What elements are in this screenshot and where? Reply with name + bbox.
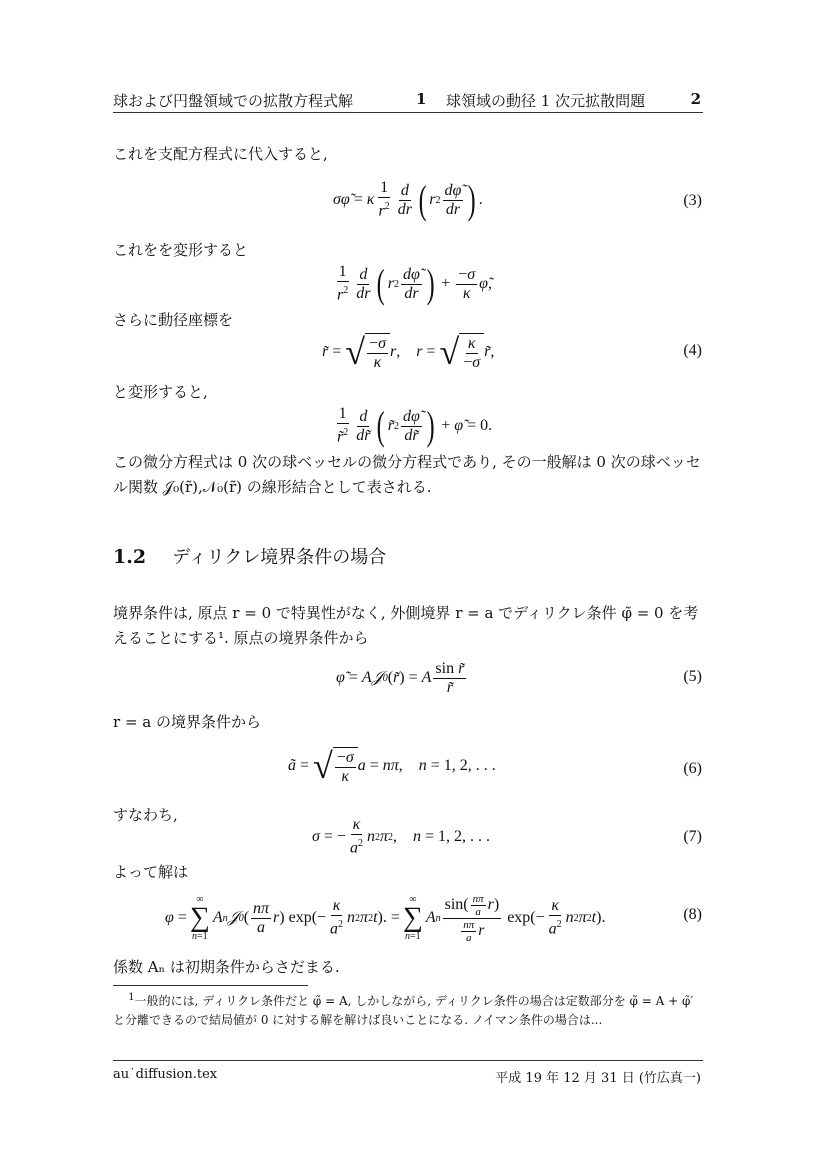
footnote-rule	[113, 985, 308, 986]
paragraph-bessel-solution: この微分方程式は 0 次の球ベッセルの微分方程式であり, その一般解は 0 次の…	[113, 450, 705, 500]
equation-6-number: (6)	[683, 760, 702, 778]
footnote-text: 一般的には, ディリクレ条件だと φ̃ = A, しかしながら, ディリクレ条件…	[113, 994, 693, 1027]
equation-4-number: (4)	[683, 342, 702, 360]
page-footer: au˙diffusion.tex 平成 19 年 12 月 31 日 (竹広真一…	[113, 1060, 703, 1085]
paragraph-substitute: これを支配方程式に代入すると,	[113, 142, 705, 167]
equation-bessel: 1r̃2 ddr̃ (r̃2 dφ̃dr̃ ) + φ̃ = 0.	[333, 398, 492, 454]
equation-8-number: (8)	[683, 906, 702, 924]
equation-3-number: (3)	[683, 192, 702, 210]
paragraph-solution: よって解は	[113, 860, 705, 885]
equation-8: φ = ∞∑n=1 An𝒥0(nπar) exp(− κa2n2π2t). = …	[165, 890, 605, 946]
equation-4: r̃ = √−σκr, r = √κ−σr̃,	[322, 326, 494, 378]
section-number: 1.2	[113, 546, 146, 568]
equation-3: σφ̃ = κ 1r2 ddr (r2 dφ̃dr ).	[333, 172, 483, 228]
paragraph-boundary-conditions: 境界条件は, 原点 r = 0 で特異性がなく, 外側境界 r = a でディリ…	[113, 601, 705, 651]
header-section-title: 球領域の動径 1 次元拡散問題	[446, 90, 645, 111]
equation-transformed: 1r2 ddr (r2 dφ̃dr ) + −σκφ̃,	[333, 256, 492, 312]
paragraph-outer-boundary: r = a の境界条件から	[113, 710, 705, 735]
footnote: 1一般的には, ディリクレ条件だと φ̃ = A, しかしながら, ディリクレ条…	[113, 988, 705, 1030]
running-header: 球および円盤領域での拡散方程式解 1 球領域の動径 1 次元拡散問題 2	[113, 88, 703, 113]
equation-7: σ = − κa2n2π2, n = 1, 2, . . .	[312, 815, 490, 859]
page-number: 2	[691, 90, 701, 108]
paragraph-coefficients: 係数 Aₙ は初期条件からさだまる.	[113, 955, 705, 980]
header-doc-title: 球および円盤領域での拡散方程式解	[113, 90, 353, 111]
equation-5-number: (5)	[683, 668, 702, 686]
footer-filename: au˙diffusion.tex	[113, 1067, 217, 1082]
equation-7-number: (7)	[683, 828, 702, 846]
footer-date-author: 平成 19 年 12 月 31 日 (竹広真一)	[495, 1067, 701, 1086]
section-title: ディリクレ境界条件の場合	[172, 547, 386, 568]
section-heading: 1.2ディリクレ境界条件の場合	[113, 543, 386, 569]
equation-5: φ̃ = A𝒥0(r̃) = A sin r̃r̃	[336, 658, 468, 698]
equation-6: ã = √−σκa = nπ, n = 1, 2, . . .	[288, 740, 496, 792]
header-section-number: 1	[416, 90, 426, 108]
